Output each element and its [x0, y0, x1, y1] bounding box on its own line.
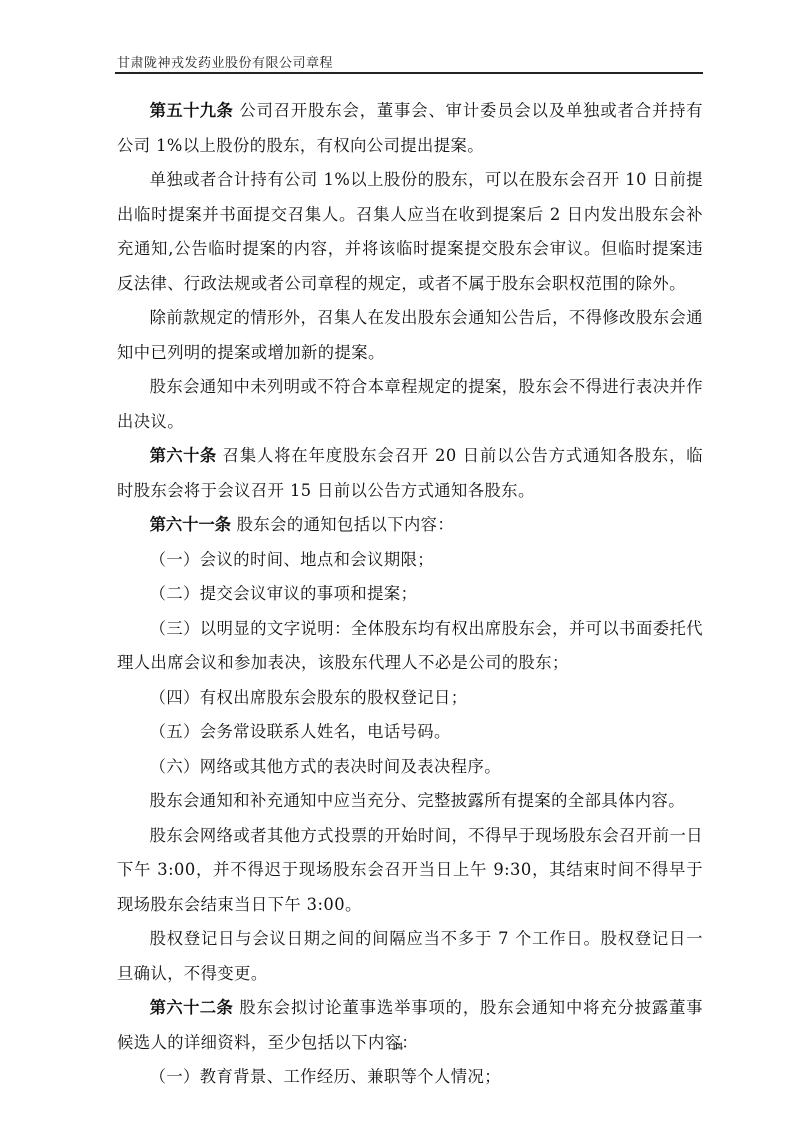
paragraph-text: 除前款规定的情形外，召集人在发出股东会通知公告后，不得修改股东会通知中已列明的提… — [117, 308, 703, 362]
paragraph-text: （三）以明显的文字说明：全体股东均有权出席股东会，并可以书面委托代理人出席会议和… — [117, 619, 703, 673]
paragraph-text: （五）会务常设联系人姓名，电话号码。 — [150, 722, 451, 741]
list-item: （二）提交会议审议的事项和提案； — [117, 577, 703, 612]
article-number: 第六十一条 — [150, 515, 231, 534]
article-number: 第六十条 — [150, 446, 217, 465]
document-header-title: 甘肃陇神戎发药业股份有限公司章程 — [117, 52, 333, 71]
paragraph-text: 股东会通知中未列明或不符合本章程规定的提案，股东会不得进行表决并作出决议。 — [117, 377, 703, 431]
article-number: 第五十九条 — [150, 101, 234, 120]
header-divider — [115, 72, 703, 74]
paragraph-text: 股东会通知和补充通知中应当充分、完整披露所有提案的全部具体内容。 — [150, 791, 685, 810]
list-item: （六）网络或其他方式的表决时间及表决程序。 — [117, 750, 703, 785]
list-item: （三）以明显的文字说明：全体股东均有权出席股东会，并可以书面委托代理人出席会议和… — [117, 612, 703, 681]
paragraph-text: 股东会网络或者其他方式投票的开始时间，不得早于现场股东会召开前一日下午 3:00… — [117, 826, 703, 914]
paragraph-text: （六）网络或其他方式的表决时间及表决程序。 — [150, 757, 501, 776]
paragraph-text: 单独或者合计持有公司 1%以上股份的股东，可以在股东会召开 10 日前提出临时提… — [117, 170, 703, 293]
list-item: （一）会议的时间、地点和会议期限； — [117, 543, 703, 578]
paragraph-text: 股权登记日与会议日期之间的间隔应当不多于 7 个工作日。股权登记日一旦确认，不得… — [117, 929, 703, 983]
paragraph: 单独或者合计持有公司 1%以上股份的股东，可以在股东会召开 10 日前提出临时提… — [117, 163, 703, 301]
paragraph-text: （一）教育背景、工作经历、兼职等个人情况； — [150, 1067, 501, 1086]
paragraph: 股东会通知和补充通知中应当充分、完整披露所有提案的全部具体内容。 — [117, 784, 703, 819]
paragraph-text: （四）有权出席股东会股东的股权登记日； — [150, 688, 468, 707]
article-number: 第六十二条 — [150, 998, 234, 1017]
paragraph: 股东会网络或者其他方式投票的开始时间，不得早于现场股东会召开前一日下午 3:00… — [117, 819, 703, 923]
paragraph-text: 股东会的通知包括以下内容： — [231, 515, 454, 534]
paragraph: 股东会通知中未列明或不符合本章程规定的提案，股东会不得进行表决并作出决议。 — [117, 370, 703, 439]
list-item: （一）教育背景、工作经历、兼职等个人情况； — [117, 1060, 703, 1095]
list-item: （五）会务常设联系人姓名，电话号码。 — [117, 715, 703, 750]
article-60: 第六十条 召集人将在年度股东会召开 20 日前以公告方式通知各股东，临时股东会将… — [117, 439, 703, 508]
paragraph: 除前款规定的情形外，召集人在发出股东会通知公告后，不得修改股东会通知中已列明的提… — [117, 301, 703, 370]
article-59: 第五十九条 公司召开股东会，董事会、审计委员会以及单独或者合并持有公司 1%以上… — [117, 94, 703, 163]
paragraph-text: （一）会议的时间、地点和会议期限； — [150, 550, 434, 569]
list-item: （四）有权出席股东会股东的股权登记日； — [117, 681, 703, 716]
page-number: 14 — [0, 1039, 794, 1054]
paragraph: 股权登记日与会议日期之间的间隔应当不多于 7 个工作日。股权登记日一旦确认，不得… — [117, 922, 703, 991]
document-body: 第五十九条 公司召开股东会，董事会、审计委员会以及单独或者合并持有公司 1%以上… — [117, 94, 703, 1095]
paragraph-text: （二）提交会议审议的事项和提案； — [150, 584, 418, 603]
article-61: 第六十一条 股东会的通知包括以下内容： — [117, 508, 703, 543]
